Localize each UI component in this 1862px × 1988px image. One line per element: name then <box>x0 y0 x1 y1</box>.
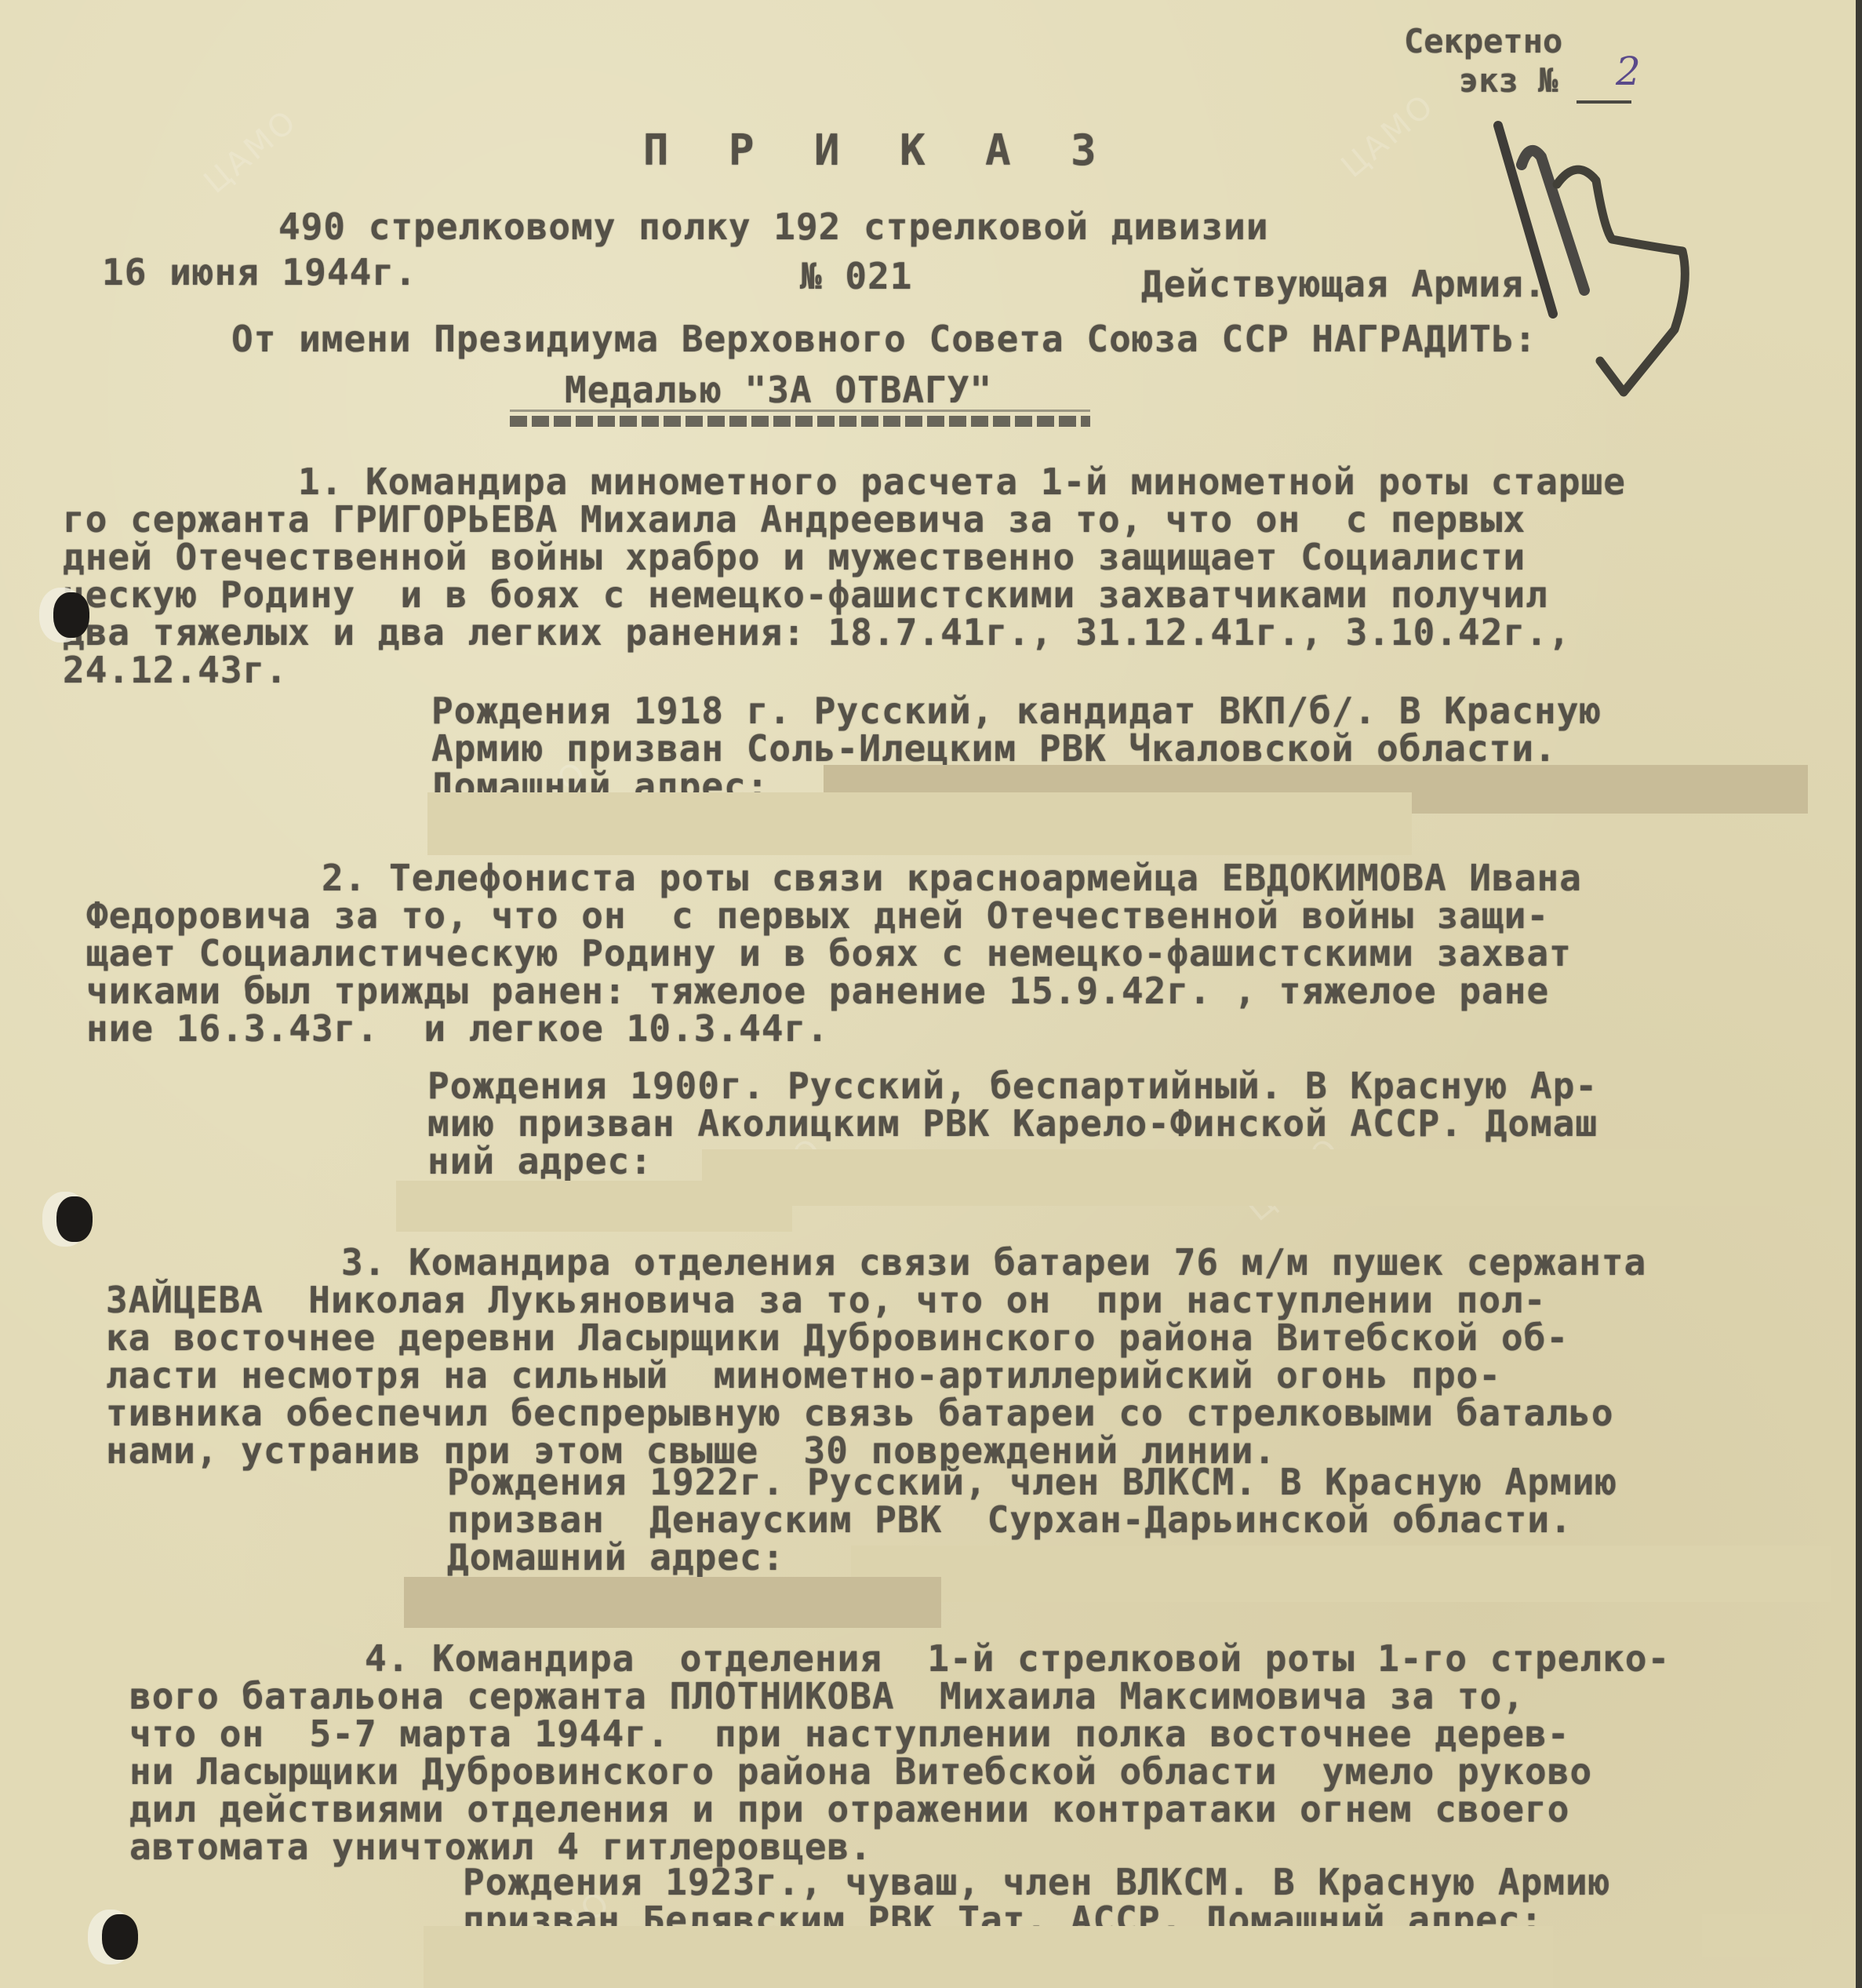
entry-line: 3. Командира отделения связи батареи 76 … <box>106 1243 1646 1281</box>
bio-line: мию призван Аколицким РВК Карело-Финской… <box>427 1105 1598 1142</box>
entry-line: ласти несмотря на сильный минометно-арти… <box>106 1356 1646 1394</box>
medal-underline <box>510 416 1090 427</box>
entry-line: вого батальона сержанта ПЛОТНИКОВА Михаи… <box>129 1677 1670 1715</box>
redaction-address <box>424 1926 1553 1988</box>
entry-line: 4. Командира отделения 1-й стрелковой ро… <box>129 1640 1670 1677</box>
classification-stamp: Секретно <box>1404 22 1562 60</box>
entry-line: ка восточнее деревни Ласырщики Дубровинс… <box>106 1319 1646 1356</box>
presidium-line: От имени Президиума Верховного Совета Со… <box>231 318 1537 360</box>
document-title: П Р И К А З <box>643 126 1114 175</box>
order-date: 16 июня 1944г. <box>102 251 417 293</box>
entry-line: ЗАЙЦЕВА Николая Лукьяновича за то, что о… <box>106 1281 1646 1319</box>
scan-edge <box>1856 0 1862 1988</box>
copy-number-handwritten: 2 <box>1616 49 1642 94</box>
redaction-address <box>1702 1914 1812 1957</box>
entry-line: ние 16.3.43г. и легкое 10.3.44г. <box>86 1010 1582 1047</box>
award-entry-4: 4. Командира отделения 1-й стрелковой ро… <box>129 1640 1670 1866</box>
punch-hole <box>102 1914 138 1960</box>
award-entry-2: 2. Телефониста роты связи красноармейца … <box>86 859 1582 1047</box>
signature-scribble <box>1475 110 1694 408</box>
copy-label: экз № <box>1459 61 1558 100</box>
scanned-document-page: ЦАМО ЦАМО ЦАМО ЦАМО ЦАМО ЦАМО ЦАМО Секре… <box>0 0 1862 1988</box>
medal-heading: Медалью "ЗА ОТВАГУ" <box>565 369 992 411</box>
entry-line: что он 5-7 марта 1944г. при наступлении … <box>129 1715 1670 1753</box>
bio-line: Рождения 1918 г. Русский, кандидат ВКП/б… <box>431 692 1602 730</box>
watermark: ЦАМО <box>1335 86 1442 184</box>
redaction-address <box>427 792 1412 855</box>
award-entry-1: 1. Командира минометного расчета 1-й мин… <box>63 463 1626 689</box>
entry-line: го сержанта ГРИГОРЬЕВА Михаила Андреевич… <box>63 501 1626 538</box>
punch-hole <box>53 592 89 638</box>
redaction-address <box>851 1546 1831 1602</box>
bio-line: Рождения 1923г., чуваш, член ВЛКСМ. В Кр… <box>463 1863 1610 1901</box>
entry-line: Федоровича за то, что он с первых дней О… <box>86 897 1582 934</box>
bio-line: призван Денауским РВК Сурхан-Дарьинской … <box>447 1501 1617 1538</box>
entry-line: 2. Телефониста роты связи красноармейца … <box>86 859 1582 897</box>
entry-line: щает Социалистическую Родину и в боях с … <box>86 934 1582 972</box>
copy-number-underline <box>1577 100 1631 104</box>
entry-line: автомата уничтожил 4 гитлеровцев. <box>129 1828 1670 1866</box>
bio-line: Армию призван Соль-Илецким РВК Чкаловско… <box>431 730 1602 767</box>
watermark: ЦАМО <box>198 102 305 200</box>
entry-line: чиками был трижды ранен: тяжелое ранение… <box>86 972 1582 1010</box>
entry-line: дил действиями отделения и при отражении… <box>129 1790 1670 1828</box>
redaction-address <box>702 1149 1831 1206</box>
redaction-address <box>404 1577 941 1628</box>
entry-line: тивника обеспечил беспрерывную связь бат… <box>106 1394 1646 1432</box>
entry-line: 1. Командира минометного расчета 1-й мин… <box>63 463 1626 501</box>
punch-hole <box>56 1196 93 1242</box>
bio-line: Рождения 1922г. Русский, член ВЛКСМ. В К… <box>447 1463 1617 1501</box>
unit-line: 490 стрелковому полку 192 стрелковой див… <box>278 206 1269 248</box>
entry-line: дней Отечественной войны храбро и мужест… <box>63 538 1626 576</box>
order-location: Действующая Армия. <box>1141 263 1547 305</box>
bio-line: Рождения 1900г. Русский, беспартийный. В… <box>427 1067 1598 1105</box>
redaction-address <box>396 1181 792 1232</box>
award-entry-3: 3. Командира отделения связи батареи 76 … <box>106 1243 1646 1469</box>
entry-line: 24.12.43г. <box>63 651 1626 689</box>
entry-line: два тяжелых и два легких ранения: 18.7.4… <box>63 614 1626 651</box>
entry-line: ческую Родину и в боях с немецко-фашистс… <box>63 576 1626 614</box>
order-number: № 021 <box>800 255 912 297</box>
entry-line: ни Ласырщики Дубровинского района Витебс… <box>129 1753 1670 1790</box>
